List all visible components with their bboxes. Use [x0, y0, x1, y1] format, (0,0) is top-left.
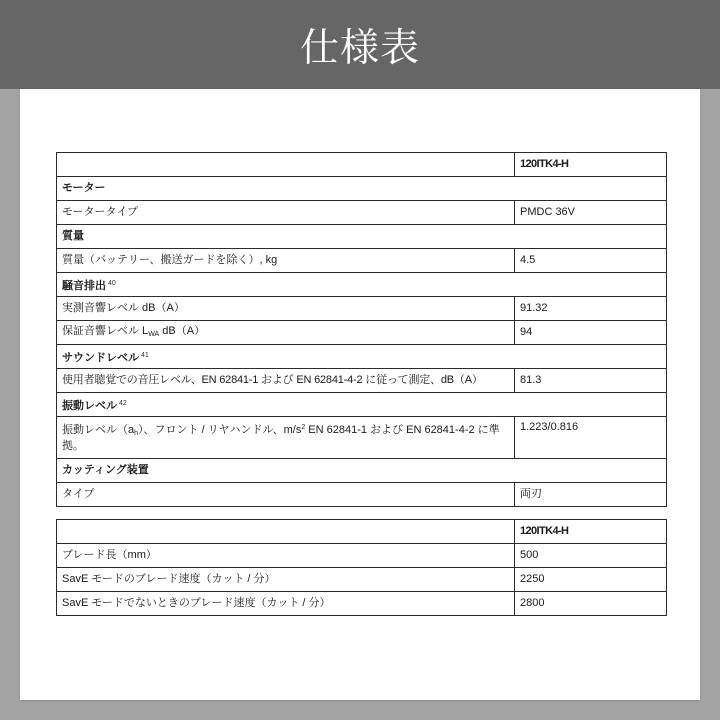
row-value: 2250	[515, 568, 667, 592]
row-label: 振動レベル（ah）、フロント / リヤハンドル、m/s2 EN 62841-1 …	[57, 417, 515, 459]
row-value: 両刃	[515, 483, 667, 507]
section-title: 騒音排出	[62, 280, 106, 292]
table-row: 保証音響レベル LWA dB（A） 94	[57, 321, 667, 345]
row-value: 94	[515, 321, 667, 345]
row-value: 4.5	[515, 249, 667, 273]
section-motor: モーター	[57, 177, 667, 201]
label-text: 保証音響レベル L	[62, 325, 148, 337]
section-cutting: カッティング装置	[57, 459, 667, 483]
footnote-ref: 41	[141, 352, 149, 359]
section-mass: 質量	[57, 225, 667, 249]
footnote-ref: 40	[108, 280, 116, 287]
row-label: ブレード長（mm）	[57, 544, 515, 568]
subscript: WA	[148, 331, 159, 338]
table-header-row: 120ITK4-H	[57, 520, 667, 544]
section-title-cell: 騒音排出40	[57, 273, 667, 297]
header-empty-cell	[57, 153, 515, 177]
section-title: 質量	[57, 225, 667, 249]
row-value: 1.223/0.816	[515, 417, 667, 459]
section-title-cell: 振動レベル42	[57, 393, 667, 417]
label-text: dB（A）	[159, 325, 205, 337]
spec-panel: 120ITK4-H モーター モータータイプ PMDC 36V 質量 質量（バッ…	[20, 89, 700, 700]
table-row: 実測音響レベル dB（A） 91.32	[57, 297, 667, 321]
row-label: 使用者聴覚での音圧レベル、EN 62841-1 および EN 62841-4-2…	[57, 369, 515, 393]
row-label: 質量（バッテリー、搬送ガードを除く）, kg	[57, 249, 515, 273]
page-header: 仕様表	[0, 0, 720, 89]
table-row: 使用者聴覚での音圧レベル、EN 62841-1 および EN 62841-4-2…	[57, 369, 667, 393]
table-row: 振動レベル（ah）、フロント / リヤハンドル、m/s2 EN 62841-1 …	[57, 417, 667, 459]
footnote-ref: 42	[119, 400, 127, 407]
table-row: タイプ 両刃	[57, 483, 667, 507]
row-value: 2800	[515, 592, 667, 616]
row-label: SavE モードのブレード速度（カット / 分）	[57, 568, 515, 592]
label-text: ）、フロント / リヤハンドル、m/s	[138, 424, 301, 436]
table-row: 質量（バッテリー、搬送ガードを除く）, kg 4.5	[57, 249, 667, 273]
section-title: サウンドレベル	[62, 352, 139, 364]
table-row: モータータイプ PMDC 36V	[57, 201, 667, 225]
table-row: SavE モードでないときのブレード速度（カット / 分） 2800	[57, 592, 667, 616]
row-value: 500	[515, 544, 667, 568]
section-title-cell: サウンドレベル41	[57, 345, 667, 369]
section-title: 振動レベル	[62, 400, 117, 412]
row-value: PMDC 36V	[515, 201, 667, 225]
spec-table-blade: 120ITK4-H ブレード長（mm） 500 SavE モードのブレード速度（…	[56, 519, 667, 616]
model-header: 120ITK4-H	[515, 520, 667, 544]
section-sound: サウンドレベル41	[57, 345, 667, 369]
row-label: モータータイプ	[57, 201, 515, 225]
row-value: 81.3	[515, 369, 667, 393]
header-empty-cell	[57, 520, 515, 544]
section-title: モーター	[57, 177, 667, 201]
row-label: 実測音響レベル dB（A）	[57, 297, 515, 321]
section-vibration: 振動レベル42	[57, 393, 667, 417]
row-value: 91.32	[515, 297, 667, 321]
label-text: 振動レベル（a	[62, 424, 134, 436]
row-label: SavE モードでないときのブレード速度（カット / 分）	[57, 592, 515, 616]
row-label: 保証音響レベル LWA dB（A）	[57, 321, 515, 345]
section-noise: 騒音排出40	[57, 273, 667, 297]
section-title: カッティング装置	[57, 459, 667, 483]
table-header-row: 120ITK4-H	[57, 153, 667, 177]
table-row: ブレード長（mm） 500	[57, 544, 667, 568]
row-label: タイプ	[57, 483, 515, 507]
table-row: SavE モードのブレード速度（カット / 分） 2250	[57, 568, 667, 592]
model-header: 120ITK4-H	[515, 153, 667, 177]
spec-table-main: 120ITK4-H モーター モータータイプ PMDC 36V 質量 質量（バッ…	[56, 152, 667, 507]
page-title: 仕様表	[300, 17, 420, 73]
